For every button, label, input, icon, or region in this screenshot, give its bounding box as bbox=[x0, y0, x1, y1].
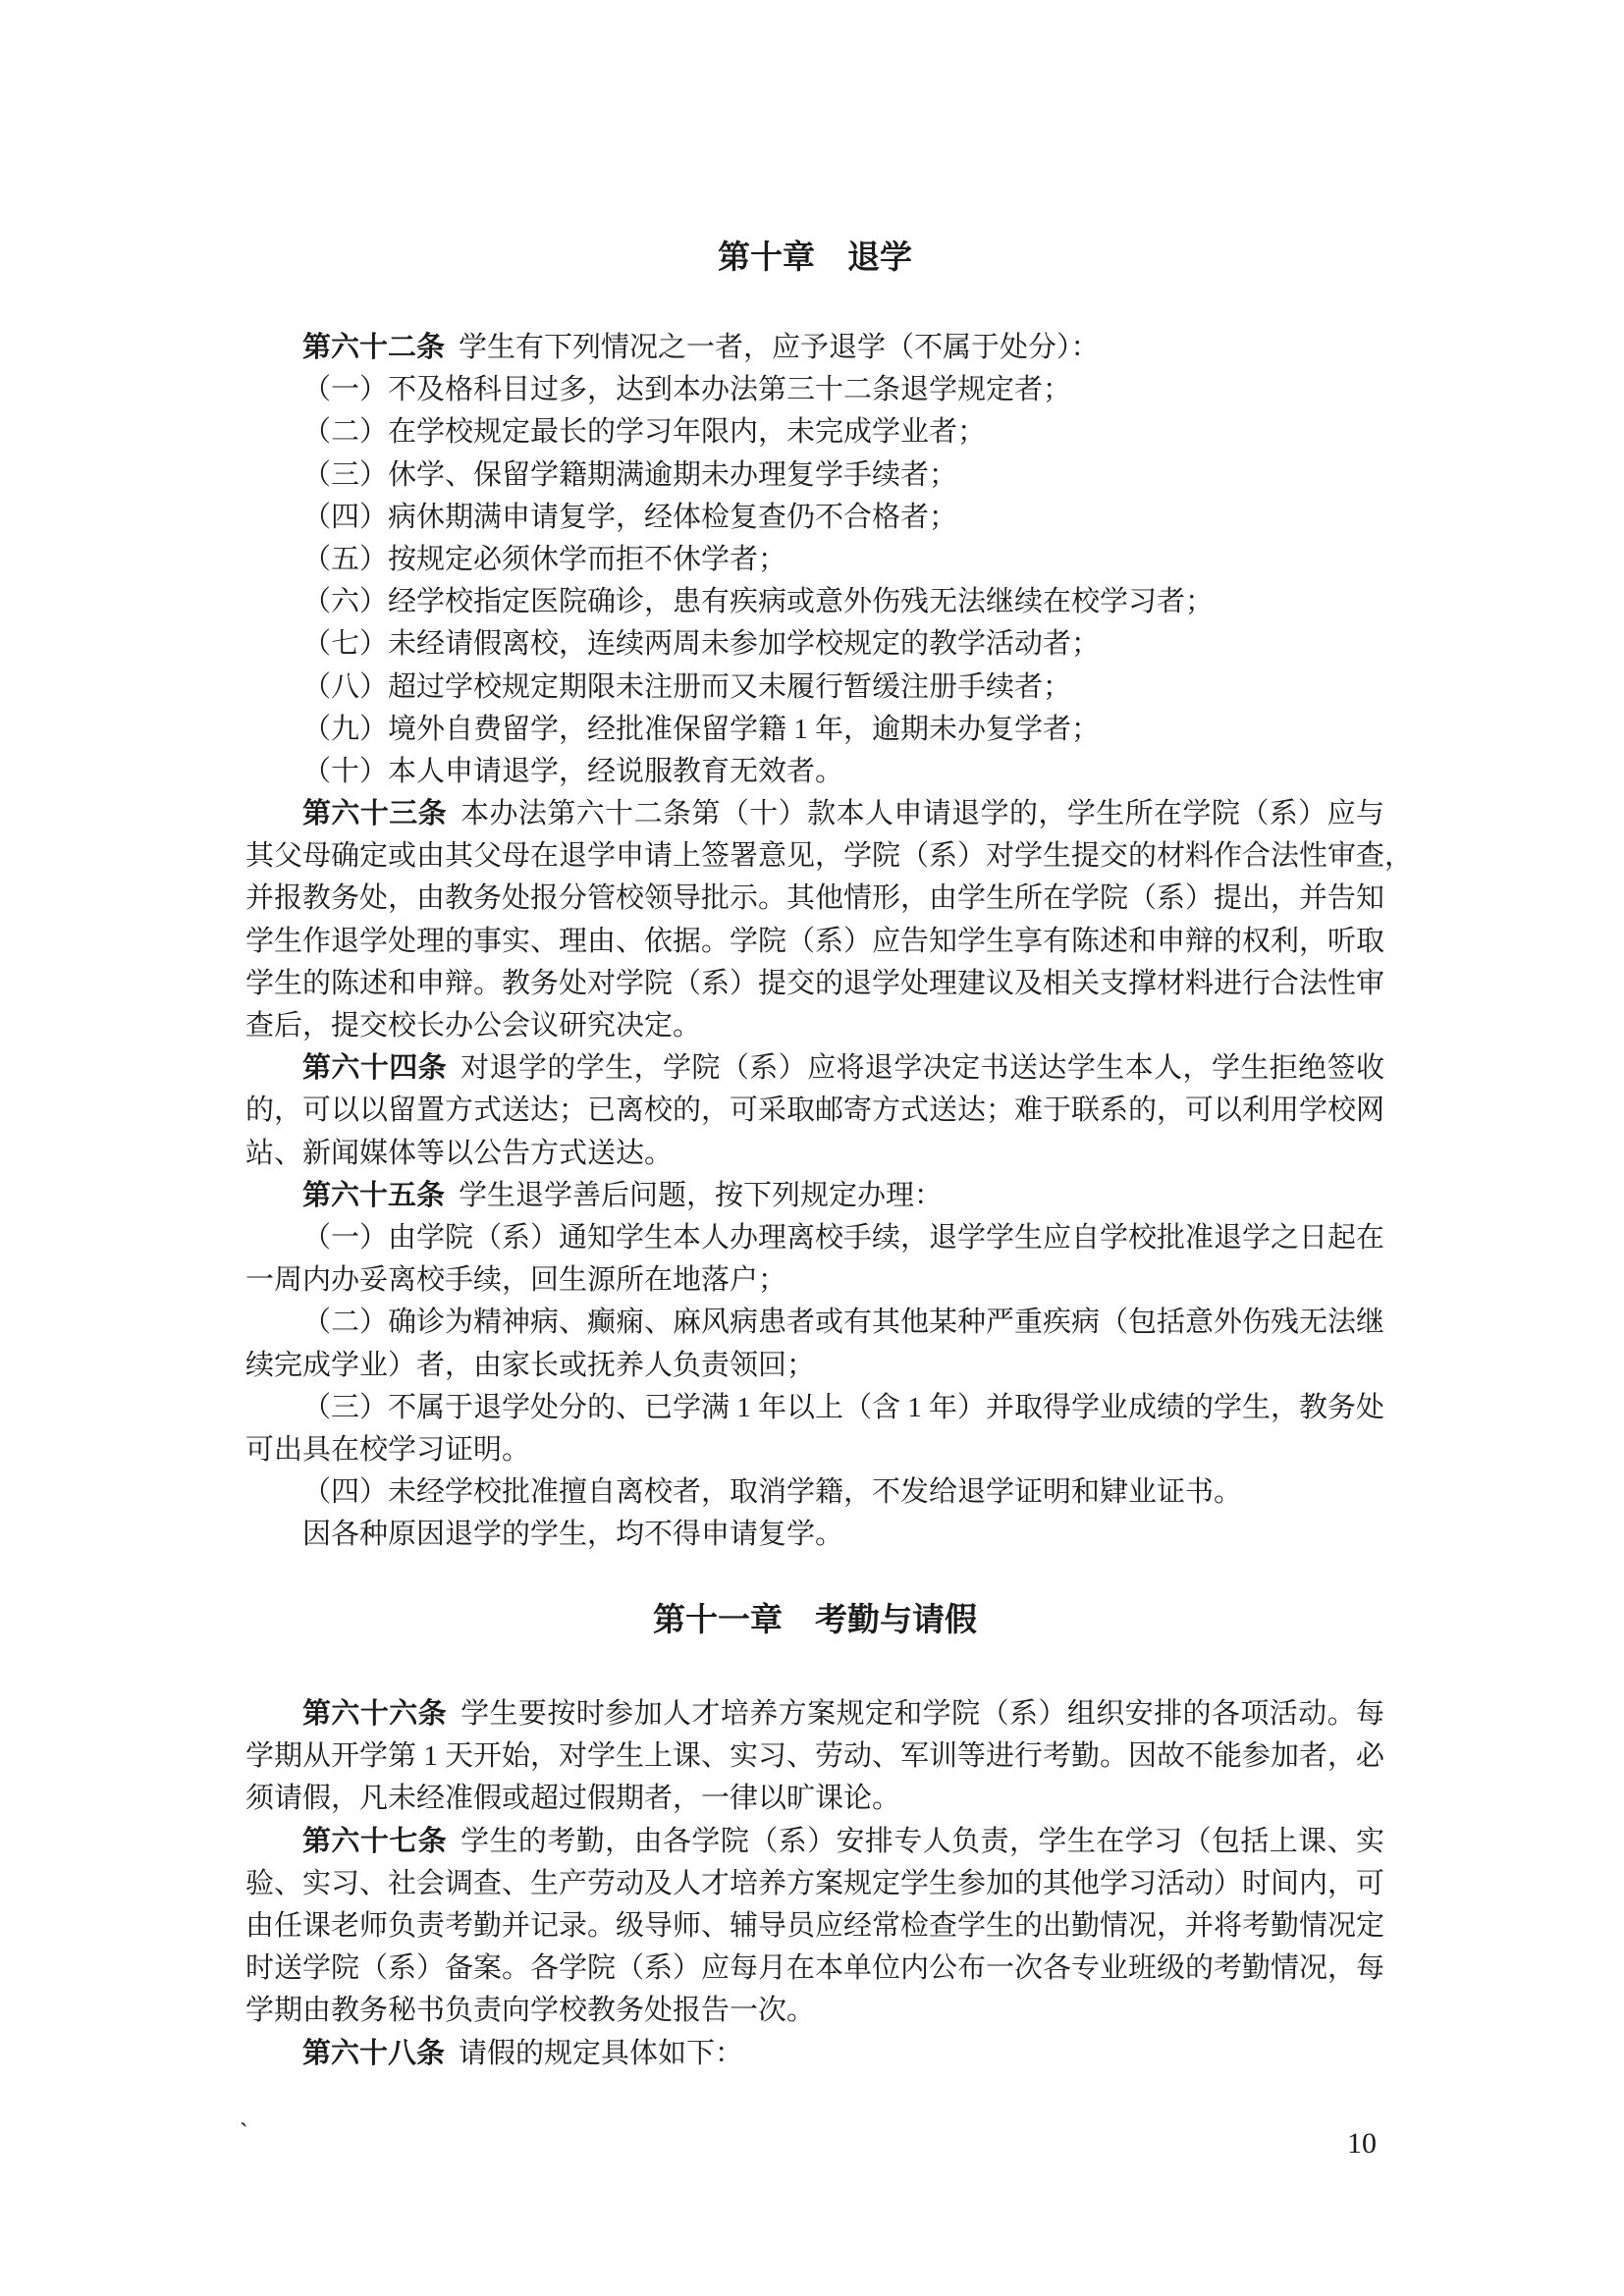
line-text: 时送学院（系）备案。各学院（系）应每月在本单位内公布一次各专业班级的考勤情况，每 bbox=[245, 1952, 1384, 1984]
document-line: 第六十八条请假的规定具体如下： bbox=[245, 2033, 1384, 2075]
document-line: 其父母确定或由其父母在退学申请上签署意见，学院（系）对学生提交的材料作合法性审查… bbox=[245, 835, 1384, 878]
article-number: 第六十四条 bbox=[302, 1052, 447, 1084]
line-text: （三）休学、保留学籍期满逾期未办理复学手续者； bbox=[302, 459, 957, 491]
document-line: 并报教务处，由教务处报分管校领导批示。其他情形，由学生所在学院（系）提出，并告知 bbox=[245, 878, 1384, 920]
line-text: 须请假，凡未经准假或超过假期者，一律以旷课论。 bbox=[245, 1783, 900, 1814]
line-text: 学生有下列情况之一者，应予退学（不属于处分）： bbox=[459, 332, 1100, 363]
line-text: 可出具在校学习证明。 bbox=[245, 1434, 530, 1466]
document-line: 学期从开学第 1 天开始，对学生上课、实习、劳动、军训等进行考勤。因故不能参加者… bbox=[245, 1735, 1384, 1778]
line-text: 查后，提交校长办公会议研究决定。 bbox=[245, 1010, 701, 1041]
line-text: 并报教务处，由教务处报分管校领导批示。其他情形，由学生所在学院（系）提出，并告知 bbox=[245, 882, 1384, 914]
document-line: 第六十五条学生退学善后问题，按下列规定办理： bbox=[245, 1175, 1384, 1217]
line-text: 学期从开学第 1 天开始，对学生上课、实习、劳动、军训等进行考勤。因故不能参加者… bbox=[245, 1740, 1384, 1772]
line-text: 请假的规定具体如下： bbox=[459, 2038, 743, 2069]
line-text: （四）未经学校批准擅自离校者，取消学籍，不发给退学证明和肄业证书。 bbox=[302, 1476, 1242, 1508]
line-text: 学生的考勤，由各学院（系）安排专人负责，学生在学习（包括上课、实 bbox=[460, 1826, 1384, 1857]
article-number: 第六十七条 bbox=[302, 1826, 447, 1857]
stray-mark: ` bbox=[240, 2118, 248, 2148]
document-line: 的，可以以留置方式送达；已离校的，可采取邮寄方式送达；难于联系的，可以利用学校网 bbox=[245, 1090, 1384, 1132]
line-text: （十）本人申请退学，经说服教育无效者。 bbox=[302, 756, 843, 787]
document-page: 第十章 退学 第六十二条学生有下列情况之一者，应予退学（不属于处分）：（一）不及… bbox=[0, 0, 1624, 2296]
line-text: （六）经学校指定医院确诊，患有疾病或意外伤残无法继续在校学习者； bbox=[302, 586, 1214, 617]
document-line: 第六十六条学生要按时参加人才培养方案规定和学院（系）组织安排的各项活动。每 bbox=[245, 1693, 1384, 1735]
document-line: 第六十三条本办法第六十二条第（十）款本人申请退学的，学生所在学院（系）应与 bbox=[245, 793, 1384, 835]
chapter-10-title: 第十章 退学 bbox=[245, 236, 1384, 278]
chapter-10-body: 第六十二条学生有下列情况之一者，应予退学（不属于处分）：（一）不及格科目过多，达… bbox=[245, 327, 1384, 1556]
document-line: （四）病休期满申请复学，经体检复查仍不合格者； bbox=[245, 497, 1384, 539]
document-line: 第六十七条学生的考勤，由各学院（系）安排专人负责，学生在学习（包括上课、实 bbox=[245, 1821, 1384, 1863]
document-line: （一）不及格科目过多，达到本办法第三十二条退学规定者； bbox=[245, 369, 1384, 411]
line-text: 站、新闻媒体等以公告方式送达。 bbox=[245, 1138, 673, 1169]
line-text: （七）未经请假离校，连续两周未参加学校规定的教学活动者； bbox=[302, 628, 1100, 660]
line-text: 对退学的学生，学院（系）应将退学决定书送达学生本人，学生拒绝签收 bbox=[460, 1052, 1384, 1084]
line-text: 续完成学业）者，由家长或抚养人负责领回； bbox=[245, 1350, 815, 1381]
chapter-11-body: 第六十六条学生要按时参加人才培养方案规定和学院（系）组织安排的各项活动。每学期从… bbox=[245, 1693, 1384, 2075]
document-line: （二）确诊为精神病、癫痫、麻风病患者或有其他某种严重疾病（包括意外伤残无法继 bbox=[245, 1302, 1384, 1344]
chapter-11-title: 第十一章 考勤与请假 bbox=[245, 1598, 1384, 1640]
document-line: 一周内办妥离校手续，回生源所在地落户； bbox=[245, 1259, 1384, 1302]
line-text: （一）不及格科目过多，达到本办法第三十二条退学规定者； bbox=[302, 374, 1071, 405]
article-number: 第六十六条 bbox=[302, 1698, 447, 1730]
document-line: （七）未经请假离校，连续两周未参加学校规定的教学活动者； bbox=[245, 623, 1384, 666]
document-line: （五）按规定必须休学而拒不休学者； bbox=[245, 539, 1384, 581]
line-text: 学生的陈述和申辩。教务处对学院（系）提交的退学处理建议及相关支撑材料进行合法性审 bbox=[245, 968, 1384, 999]
line-text: 学生退学善后问题，按下列规定办理： bbox=[459, 1180, 943, 1211]
document-line: 须请假，凡未经准假或超过假期者，一律以旷课论。 bbox=[245, 1778, 1384, 1820]
document-line: 由任课老师负责考勤并记录。级导师、辅导员应经常检查学生的出勤情况，并将考勤情况定 bbox=[245, 1905, 1384, 1948]
article-number: 第六十八条 bbox=[302, 2038, 445, 2069]
line-text: 的，可以以留置方式送达；已离校的，可采取邮寄方式送达；难于联系的，可以利用学校网 bbox=[245, 1095, 1384, 1126]
line-text: 一周内办妥离校手续，回生源所在地落户； bbox=[245, 1264, 786, 1296]
line-text: （四）病休期满申请复学，经体检复查仍不合格者； bbox=[302, 502, 957, 533]
article-number: 第六十三条 bbox=[302, 798, 447, 829]
document-line: （八）超过学校规定期限未注册而又未履行暂缓注册手续者； bbox=[245, 667, 1384, 709]
document-line: 验、实习、社会调查、生产劳动及人才培养方案规定学生参加的其他学习活动）时间内，可 bbox=[245, 1863, 1384, 1905]
line-text: 本办法第六十二条第（十）款本人申请退学的，学生所在学院（系）应与 bbox=[460, 798, 1384, 829]
document-line: 可出具在校学习证明。 bbox=[245, 1429, 1384, 1471]
line-text: 因各种原因退学的学生，均不得申请复学。 bbox=[302, 1519, 843, 1550]
line-text: （一）由学院（系）通知学生本人办理离校手续，退学学生应自学校批准退学之日起在 bbox=[302, 1222, 1384, 1254]
document-line: （九）境外自费留学，经批准保留学籍 1 年，逾期未办复学者； bbox=[245, 709, 1384, 751]
document-line: 第六十四条对退学的学生，学院（系）应将退学决定书送达学生本人，学生拒绝签收 bbox=[245, 1047, 1384, 1090]
document-line: （二）在学校规定最长的学习年限内，未完成学业者； bbox=[245, 411, 1384, 454]
line-text: （二）确诊为精神病、癫痫、麻风病患者或有其他某种严重疾病（包括意外伤残无法继 bbox=[302, 1307, 1384, 1338]
document-line: 第六十二条学生有下列情况之一者，应予退学（不属于处分）： bbox=[245, 327, 1384, 369]
document-line: （十）本人申请退学，经说服教育无效者。 bbox=[245, 751, 1384, 793]
document-line: 因各种原因退学的学生，均不得申请复学。 bbox=[245, 1514, 1384, 1556]
document-line: （三）不属于退学处分的、已学满 1 年以上（含 1 年）并取得学业成绩的学生，教… bbox=[245, 1387, 1384, 1429]
document-line: 站、新闻媒体等以公告方式送达。 bbox=[245, 1133, 1384, 1175]
line-text: 由任课老师负责考勤并记录。级导师、辅导员应经常检查学生的出勤情况，并将考勤情况定 bbox=[245, 1910, 1384, 1942]
line-text: （八）超过学校规定期限未注册而又未履行暂缓注册手续者； bbox=[302, 671, 1071, 703]
line-text: 学生要按时参加人才培养方案规定和学院（系）组织安排的各项活动。每 bbox=[460, 1698, 1384, 1730]
document-line: （一）由学院（系）通知学生本人办理离校手续，退学学生应自学校批准退学之日起在 bbox=[245, 1217, 1384, 1259]
line-text: （九）境外自费留学，经批准保留学籍 1 年，逾期未办复学者； bbox=[302, 714, 1100, 745]
document-line: 时送学院（系）备案。各学院（系）应每月在本单位内公布一次各专业班级的考勤情况，每 bbox=[245, 1948, 1384, 1990]
document-line: （三）休学、保留学籍期满逾期未办理复学手续者； bbox=[245, 454, 1384, 497]
line-text: 其父母确定或由其父母在退学申请上签署意见，学院（系）对学生提交的材料作合法性审查… bbox=[245, 840, 1413, 872]
line-text: 学期由教务秘书负责向学校教务处报告一次。 bbox=[245, 1995, 815, 2026]
line-text: （三）不属于退学处分的、已学满 1 年以上（含 1 年）并取得学业成绩的学生，教… bbox=[302, 1392, 1384, 1423]
document-line: （四）未经学校批准擅自离校者，取消学籍，不发给退学证明和肄业证书。 bbox=[245, 1471, 1384, 1514]
document-line: 学生的陈述和申辩。教务处对学院（系）提交的退学处理建议及相关支撑材料进行合法性审 bbox=[245, 963, 1384, 1005]
document-line: 学生作退学处理的事实、理由、依据。学院（系）应告知学生享有陈述和申辩的权利，听取 bbox=[245, 921, 1384, 963]
page-number: 10 bbox=[1347, 2127, 1377, 2161]
document-line: 查后，提交校长办公会议研究决定。 bbox=[245, 1005, 1384, 1047]
article-number: 第六十二条 bbox=[302, 332, 445, 363]
document-line: 续完成学业）者，由家长或抚养人负责领回； bbox=[245, 1345, 1384, 1387]
line-text: （五）按规定必须休学而拒不休学者； bbox=[302, 544, 786, 575]
document-line: （六）经学校指定医院确诊，患有疾病或意外伤残无法继续在校学习者； bbox=[245, 581, 1384, 623]
line-text: 验、实习、社会调查、生产劳动及人才培养方案规定学生参加的其他学习活动）时间内，可 bbox=[245, 1868, 1384, 1899]
line-text: （二）在学校规定最长的学习年限内，未完成学业者； bbox=[302, 416, 986, 448]
line-text: 学生作退学处理的事实、理由、依据。学院（系）应告知学生享有陈述和申辩的权利，听取 bbox=[245, 926, 1384, 957]
article-number: 第六十五条 bbox=[302, 1180, 445, 1211]
document-line: 学期由教务秘书负责向学校教务处报告一次。 bbox=[245, 1990, 1384, 2032]
